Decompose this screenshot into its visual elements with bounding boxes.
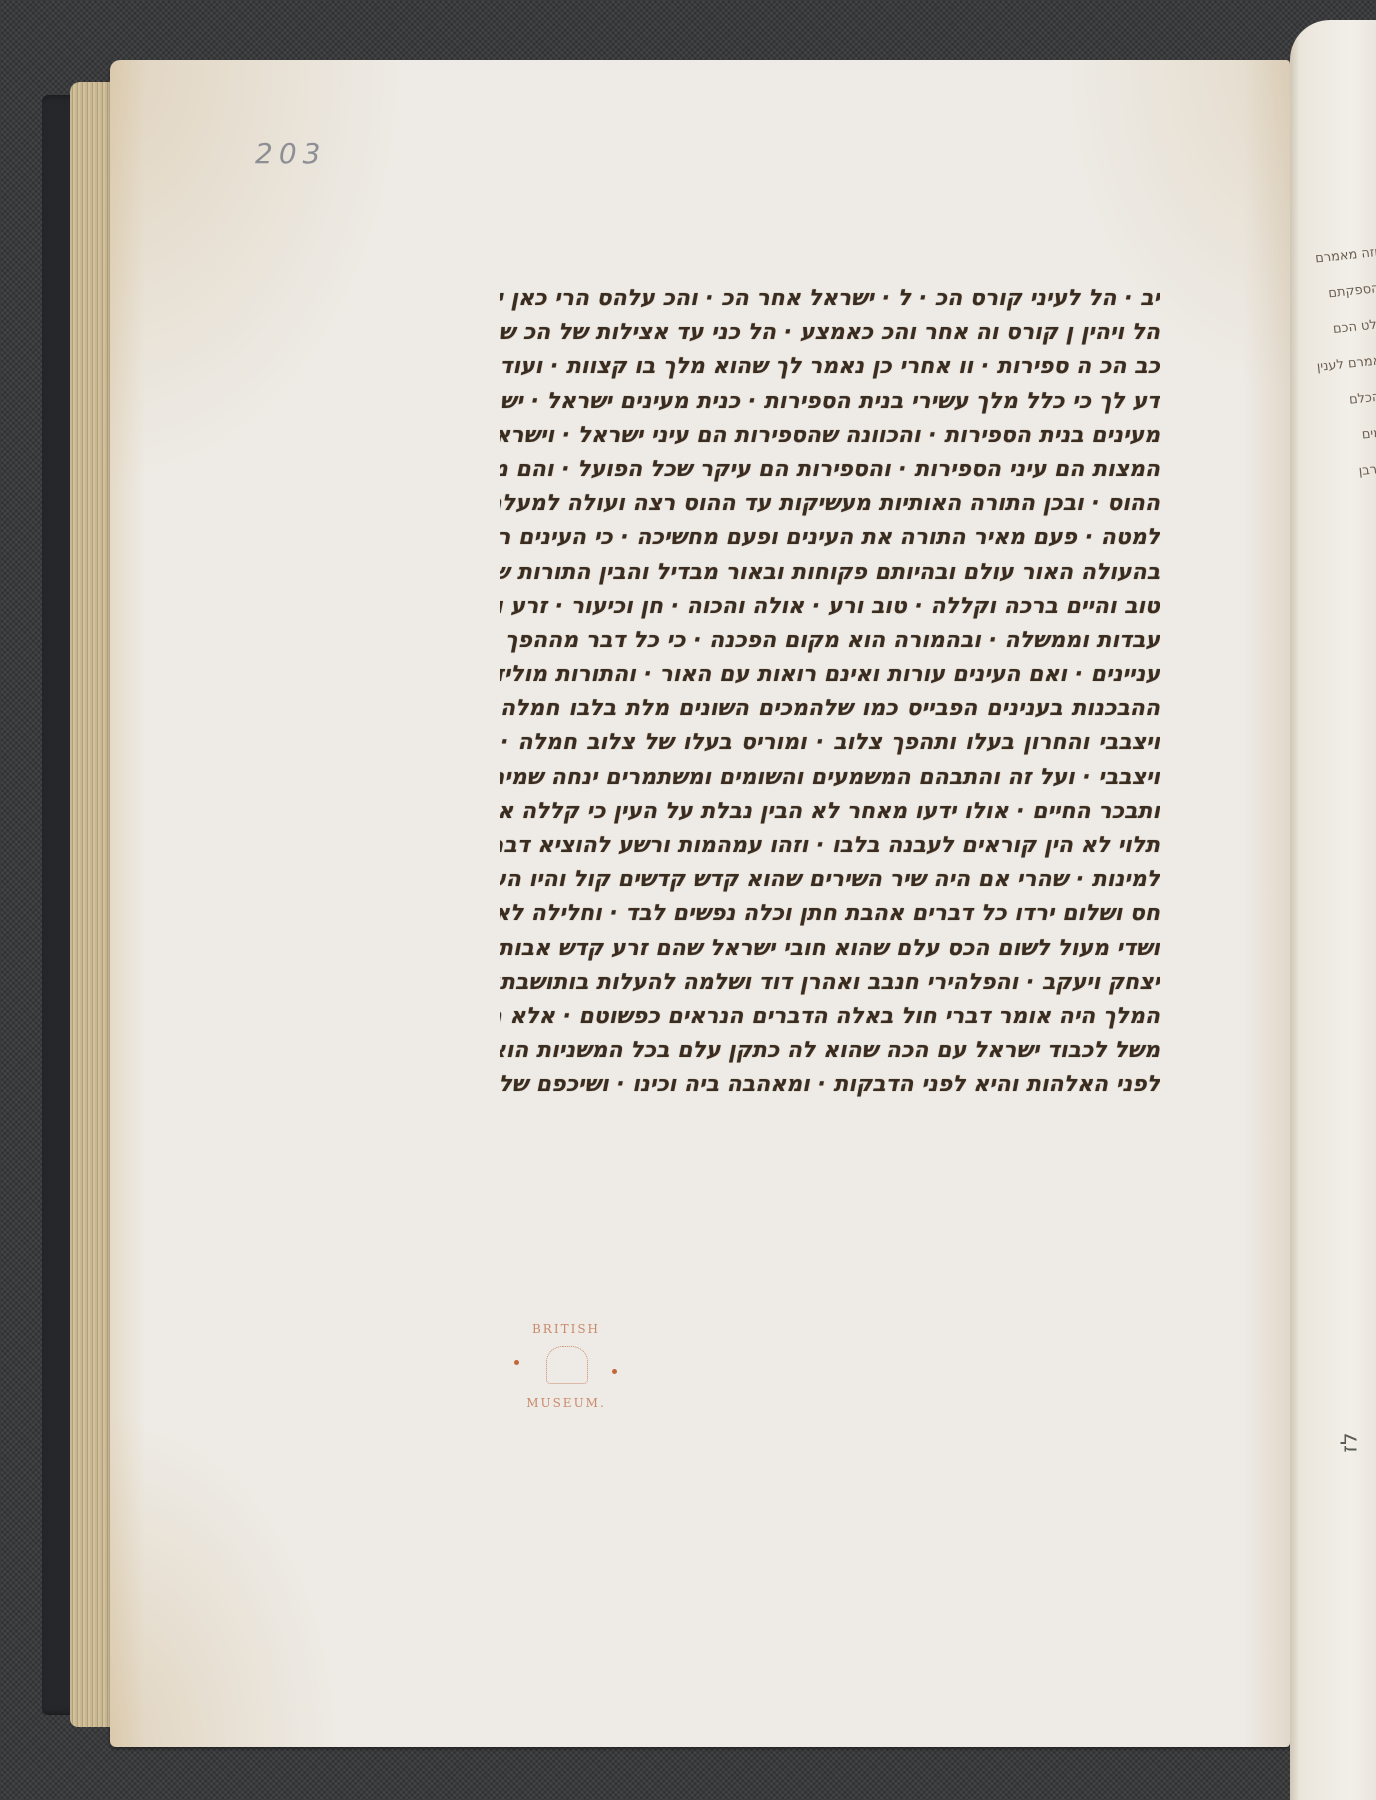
signature-mark: לז [1338,1432,1363,1452]
crown-icon [546,1346,588,1384]
text-line: הל ויהין ן קורס וה אחר והכ כאמצע · הל כנ… [500,316,1160,350]
text-line: יצחק ויעקב · והפלהירי חנבב ואהרן דוד ושל… [500,966,1160,1000]
british-museum-stamp: BRITISH MUSEUM. [518,1318,614,1414]
text-line: ותבכר החיים · אולו ידעו מאחר לא הבין נבל… [500,795,1160,829]
text-line: תלוי לא הין קוראים לעבנה בלבו · וזהו עמה… [500,829,1160,863]
facing-text-line: תשמש · וזה מאמרם [1305,230,1376,278]
text-line: המלך היה אומר דברי חול באלה הדברים הנראי… [500,1000,1160,1034]
text-line: בהעולה האור עולם ובהיותם פקוחות ובאור מב… [500,556,1160,590]
text-line: למינות · שהרי אם היה שיר השירים שהוא קדש… [500,863,1160,897]
text-line: לפני האלהות והיא לפני הדבקות · ומאהבה בי… [500,1068,1160,1102]
facing-page-text: תשמש · וזה מאמרםחלבו · ולהספקתםלאמר הוחל… [1305,230,1376,1066]
text-line: עבדות וממשלה · ובהמורה הוא מקום הפכנה · … [500,624,1160,658]
stamp-top-text: BRITISH [518,1322,614,1336]
stamp-bottom-text: MUSEUM. [518,1396,614,1410]
facing-page-edge: תשמש · וזה מאמרםחלבו · ולהספקתםלאמר הוחל… [1290,20,1376,1800]
main-text-block: יב · הל לעיני קורס הכ · ל · ישראל אחר הכ… [500,282,1160,1103]
text-line: דע לך כי כלל מלך עשירי בנית הספירות · כנ… [500,385,1160,419]
text-line: המצות הם עיני הספירות · והספירות הם עיקר… [500,453,1160,487]
ink-dot-right [612,1369,617,1374]
text-line: עניינים · ואם העינים עורות ואינם רואות ע… [500,658,1160,692]
text-line: ויצבבי והחרון בעלו ותהפך צלוב · ומוריס ב… [500,726,1160,760]
folio-number: 203 [255,137,326,170]
text-line: מעינים בנית הספירות · והכוונה שהספירות ה… [500,419,1160,453]
text-line: יב · הל לעיני קורס הכ · ל · ישראל אחר הכ… [500,282,1160,316]
text-line: טוב והיים ברכה וקללה · טוב ורע · אולה וה… [500,590,1160,624]
text-line: משל לכבוד ישראל עם הכה שהוא לה כתקן עלם … [500,1034,1160,1068]
text-line: ההבכנות בענינים הפבייס כמו שלהמכים השוני… [500,692,1160,726]
ink-dot-left [514,1360,519,1365]
text-line: למטה · פעם מאיר התורה את העינים ופעם מחש… [500,521,1160,555]
text-line: ההוס · ובכן התורה האותיות מעשיקות עד ההו… [500,487,1160,521]
text-line: ויצבבי · ועל זה והתבהם המשמעים והשומים ו… [500,761,1160,795]
text-line: כב הכ ה ספירות · וו אחרי כן נאמר לך שהוא… [500,350,1160,384]
text-line: ושדי מעול לשום הכס עלם שהוא חובי ישראל ש… [500,932,1160,966]
text-line: חס ושלום ירדו כל דברים אהבת חתן וכלה נפש… [500,897,1160,931]
